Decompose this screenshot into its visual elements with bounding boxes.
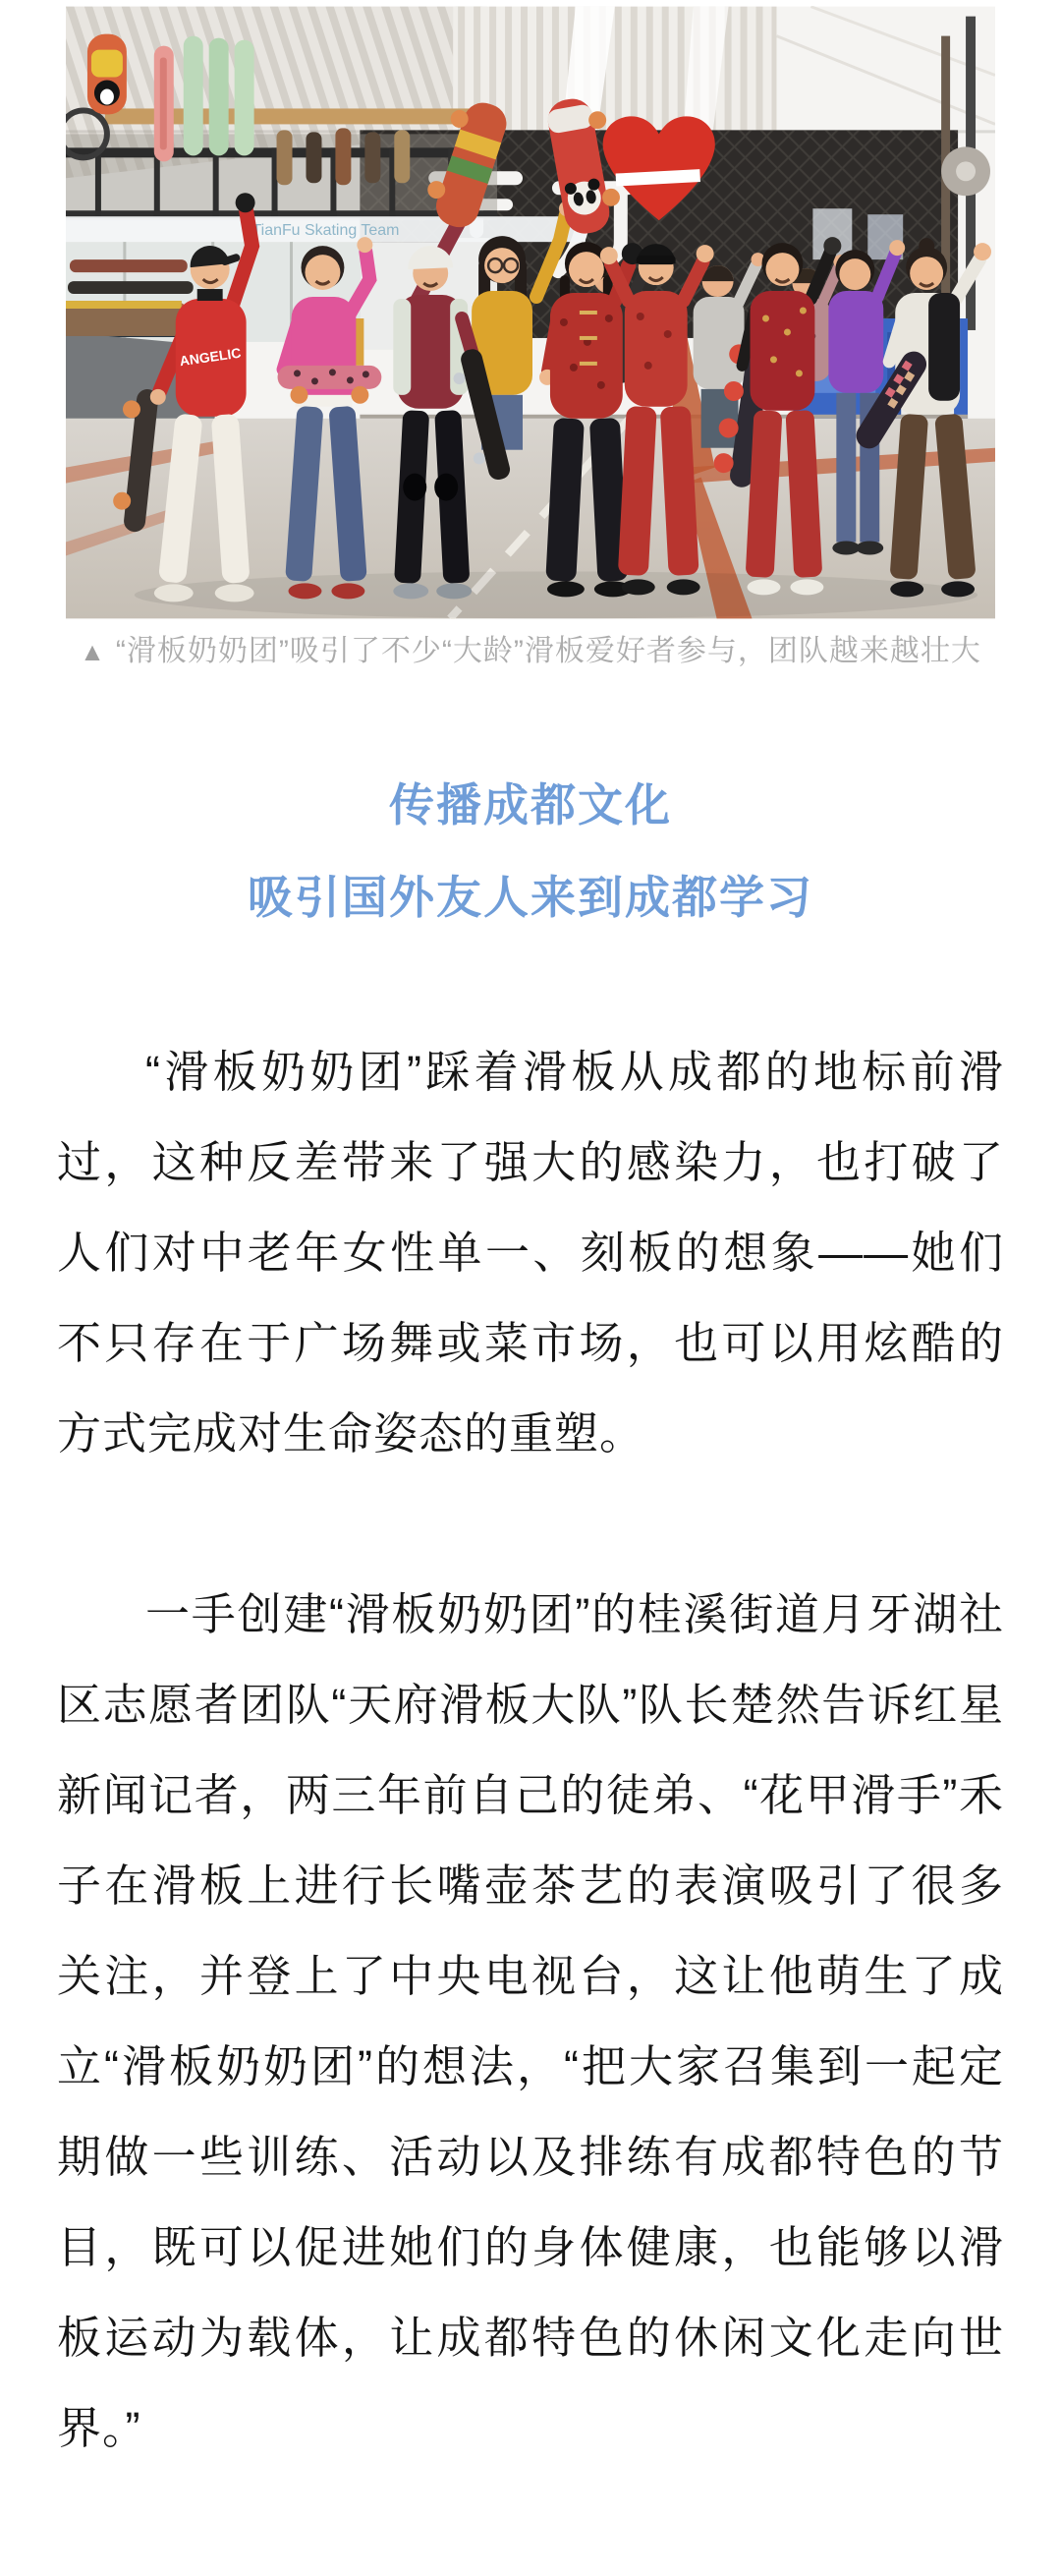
red-shoes: [289, 583, 322, 599]
black-glove: [236, 193, 255, 212]
article-paragraph-2: 一手创建“滑板奶奶团”的桂溪街道月牙湖社区志愿者团队“天府滑板大队”队长楚然告诉…: [57, 1570, 1004, 2474]
article-body: “滑板奶奶团”踩着滑板从成都的地标前滑过，这种反差带来了强大的感染力，也打破了人…: [57, 1027, 1004, 2474]
article-photo-illustration: TianFu Skating Team: [66, 6, 995, 619]
heading-line-1: 传播成都文化: [0, 759, 1061, 851]
heading-line-2: 吸引国外友人来到成都学习: [0, 851, 1061, 944]
caption-text: “滑板奶奶团”吸引了不少“大龄”滑板爱好者参与，团队越来越壮大: [116, 635, 981, 667]
caption-triangle-marker: ▲: [80, 637, 106, 666]
mint-longboard: [209, 38, 229, 156]
knee-pad: [434, 474, 458, 501]
article-paragraph-1: “滑板奶奶团”踩着滑板从成都的地标前滑过，这种反差带来了强大的感染力，也打破了人…: [57, 1027, 1004, 1479]
mint-longboard: [235, 40, 254, 156]
penguin-skateboard: [87, 34, 127, 115]
bottom-whitespace: [0, 2474, 1061, 2576]
photo-caption: ▲“滑板奶奶团”吸引了不少“大龄”滑板爱好者参与，团队越来越壮大: [35, 631, 1026, 672]
mint-longboard: [184, 36, 203, 156]
article-photo: TianFu Skating Team: [66, 6, 995, 619]
article-page: TianFu Skating Team: [0, 0, 1061, 2576]
wrist-guard: [823, 237, 841, 255]
banner-text: TianFu Skating Team: [252, 222, 400, 239]
knee-pad: [403, 474, 426, 501]
section-heading: 传播成都文化 吸引国外友人来到成都学习: [0, 759, 1061, 944]
black-vest-panel: [928, 293, 960, 401]
hair-bun: [919, 238, 934, 254]
